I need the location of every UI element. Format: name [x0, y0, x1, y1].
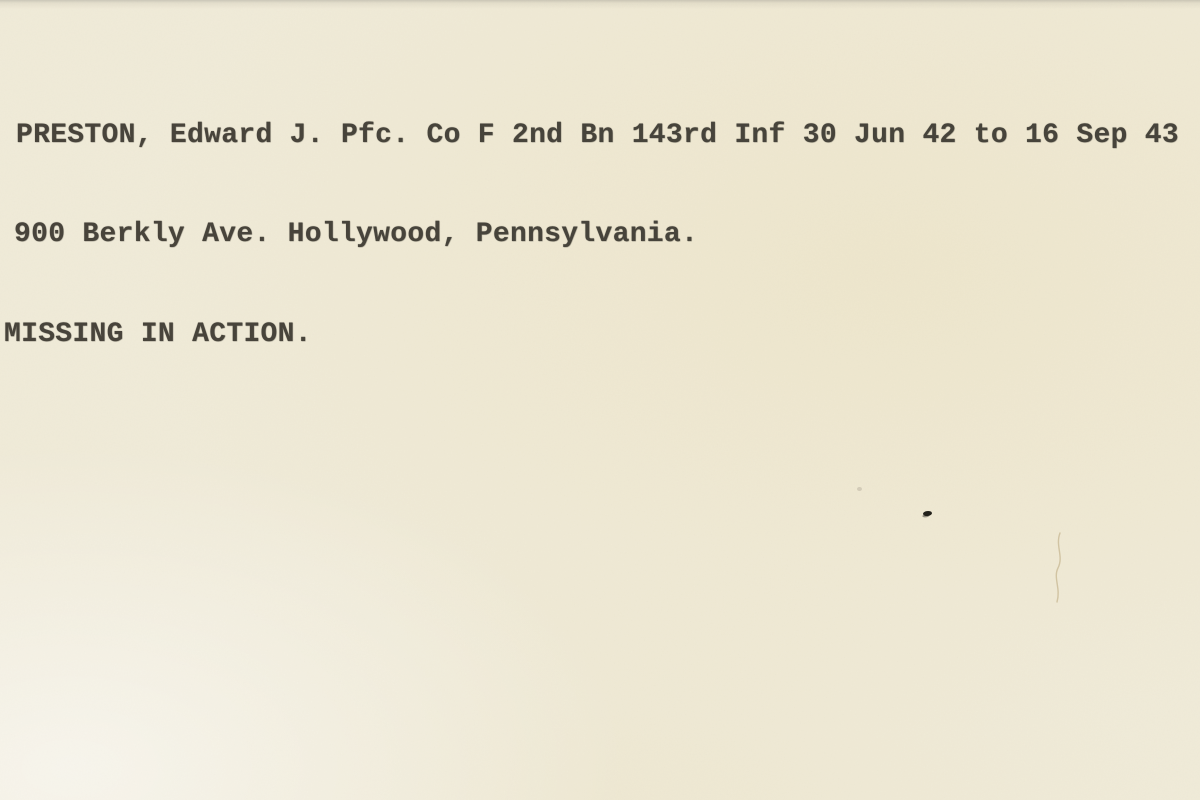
address-line: 900 Berkly Ave. Hollywood, Pennsylvania.: [14, 218, 1179, 251]
paper-fleck: [857, 487, 862, 491]
service-record-line: PRESTON, Edward J. Pfc. Co F 2nd Bn 143r…: [16, 119, 1179, 152]
scanned-index-card: PRESTON, Edward J. Pfc. Co F 2nd Bn 143r…: [0, 0, 1200, 800]
paper-crease: [1048, 530, 1072, 608]
status-line: MISSING IN ACTION.: [4, 318, 1179, 351]
ink-speck: [923, 510, 933, 516]
typed-text-block: PRESTON, Edward J. Pfc. Co F 2nd Bn 143r…: [14, 53, 1179, 417]
